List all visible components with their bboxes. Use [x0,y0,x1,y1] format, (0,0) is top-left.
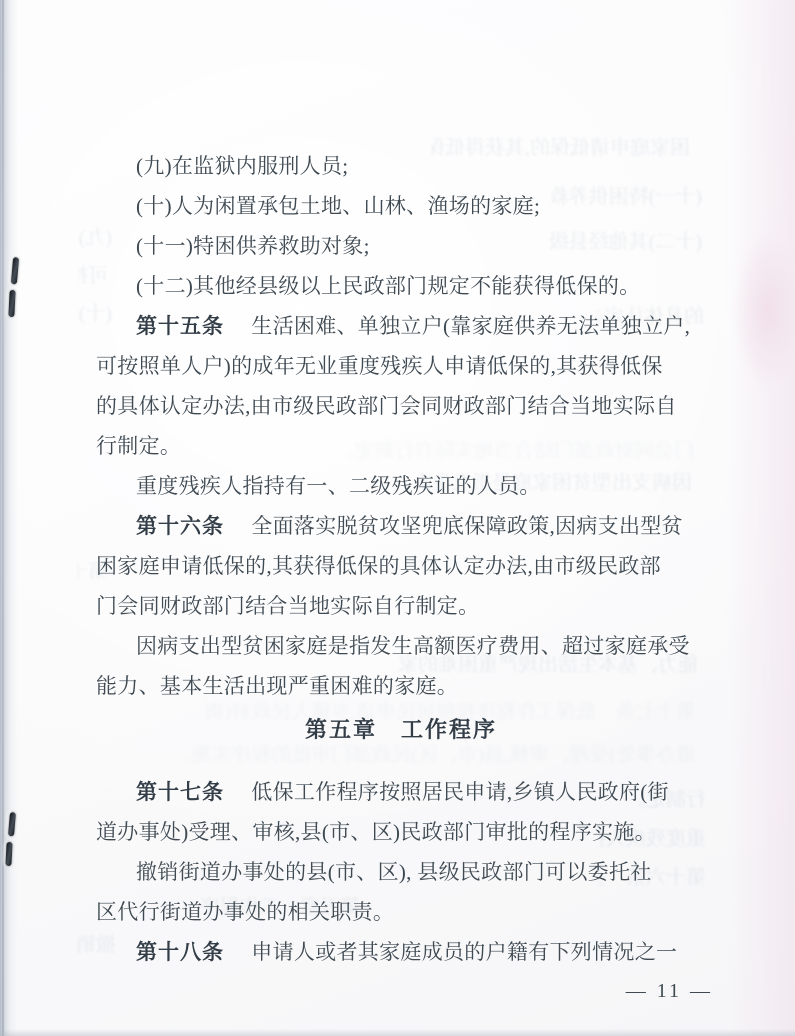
text-line: 第十六条 全面落实脱贫攻坚兜底保障政策,因病支出型贫 [96,506,711,546]
text-segment: 低保工作程序按照居民申请,乡镇人民政府(街 [230,780,669,804]
staple-mark-top [9,257,23,317]
text-line: (十)人为闲置承包土地、山林、渔场的家庭; [96,186,711,226]
paper-edge-tint [725,0,795,1036]
text-line: (十一)特困供养救助对象; [96,226,711,266]
staple-prong [5,842,12,866]
text-line: 因病支出型贫困家庭是指发生高额医疗费用、超过家庭承受 [96,626,711,666]
text-segment: 门会同财政部门结合当地实际自行制定。 [96,594,479,618]
text-segment: 行制定。 [96,434,181,458]
text-segment: 生活困难、单独立户(靠家庭供养无法单独立户, [230,314,690,338]
text-segment: 困家庭申请低保的,其获得低保的具体认定办法,由市级民政部 [96,554,661,578]
text-segment: (十一)特困供养救助对象; [136,234,370,258]
staple-mark-bottom [6,812,20,866]
article-number: 第十五条 [136,315,224,338]
text-body: (九)在监狱内服刑人员;(十)人为闲置承包土地、山林、渔场的家庭;(十一)特困供… [96,146,711,972]
text-segment: (九)在监狱内服刑人员; [136,154,348,178]
article-number: 第十七条 [136,781,224,804]
text-segment: 能力、基本生活出现严重困难的家庭。 [96,674,458,698]
article-number: 第十八条 [136,941,224,964]
text-segment: 的具体认定办法,由市级民政部门会同财政部门结合当地实际自 [96,394,677,418]
chapter-heading: 第五章 工作程序 [96,710,706,750]
paper-bottom-edge [0,1029,795,1036]
text-segment: 可按照单人户)的成年无业重度残疾人申请低保的,其获得低保 [96,354,663,378]
text-line: 第十五条 生活困难、单独立户(靠家庭供养无法单独立户, [96,306,711,346]
text-line: 困家庭申请低保的,其获得低保的具体认定办法,由市级民政部 [96,546,711,586]
text-segment: 道办事处)受理、审核,县(市、区)民政部门审批的程序实施。 [96,820,656,844]
text-segment: 因病支出型贫困家庭是指发生高额医疗费用、超过家庭承受 [136,634,690,658]
text-line: 重度残疾人指持有一、二级残疾证的人员。 [96,466,711,506]
text-segment: 全面落实脱贫攻坚兜底保障政策,因病支出型贫 [230,514,683,538]
text-line: (九)在监狱内服刑人员; [96,146,711,186]
text-line: 第十八条 申请人或者其家庭成员的户籍有下列情况之一 [96,932,711,972]
text-line: 可按照单人户)的成年无业重度残疾人申请低保的,其获得低保 [96,346,711,386]
page-number: — 11 — [626,980,713,1003]
staple-prong [8,812,16,836]
text-line: 区代行街道办事处的相关职责。 [96,892,711,932]
text-segment: 申请人或者其家庭成员的户籍有下列情况之一 [230,940,677,964]
binding-gutter-shadow [0,0,18,1036]
text-line: 道办事处)受理、审核,县(市、区)民政部门审批的程序实施。 [96,812,711,852]
text-line: 撤销街道办事处的县(市、区), 县级民政部门可以委托社 [96,852,711,892]
text-line: 行制定。 [96,426,711,466]
text-segment: (十)人为闲置承包土地、山林、渔场的家庭; [136,194,540,218]
article-number: 第十六条 [136,515,224,538]
text-line: 门会同财政部门结合当地实际自行制定。 [96,586,711,626]
paper-smudge [733,230,795,390]
text-segment: (十二)其他经县级以上民政部门规定不能获得低保的。 [136,274,640,298]
staple-prong [11,257,19,284]
text-segment: 撤销街道办事处的县(市、区), 县级民政部门可以委托社 [136,860,652,884]
text-line: (十二)其他经县级以上民政部门规定不能获得低保的。 [96,266,711,306]
page-edge-line [2,0,4,1036]
article-number: 第五章 工作程序 [305,717,497,742]
text-line: 第十七条 低保工作程序按照居民申请,乡镇人民政府(街 [96,772,711,812]
text-line: 能力、基本生活出现严重困难的家庭。 [96,666,711,706]
scanned-document-page: 困家庭申请低保的,其获得低保的具体认定办法,由市级民政部(十一)特困供养救助对象… [0,0,795,1036]
text-segment: 重度残疾人指持有一、二级残疾证的人员。 [136,474,541,498]
text-segment: 区代行街道办事处的相关职责。 [96,900,394,924]
staple-prong [8,290,15,317]
text-line: 的具体认定办法,由市级民政部门会同财政部门结合当地实际自 [96,386,711,426]
